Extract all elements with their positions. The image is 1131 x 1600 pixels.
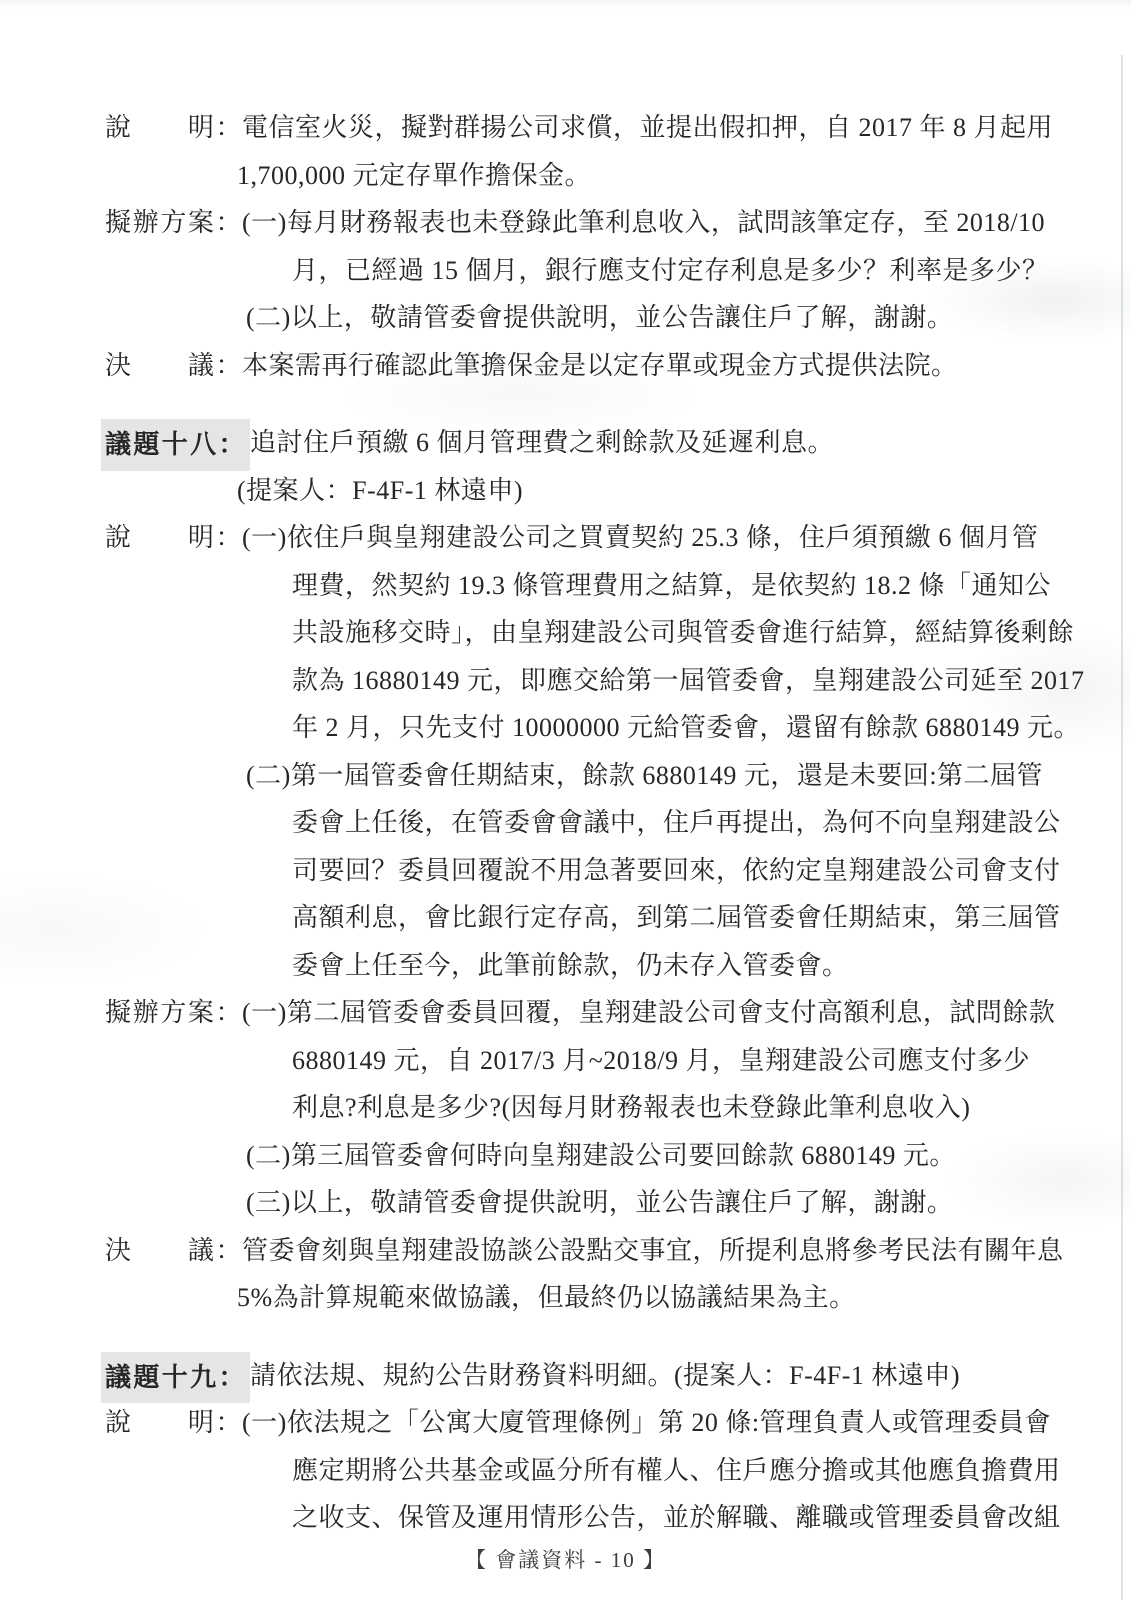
- topic-number-highlight: 議題十九：: [101, 1352, 250, 1404]
- doc-line: 委會上任至今，此筆前餘款，仍未存入管委會。: [0, 942, 1131, 990]
- document-page: 說 明：電信室火災，擬對群揚公司求償，並提出假扣押，自 2017 年 8 月起用…: [0, 0, 1131, 1600]
- doc-line: (二)以上，敬請管委會提供說明，並公告讓住戶了解，謝謝。: [0, 294, 1131, 342]
- field-label: 決 議：: [105, 1227, 242, 1275]
- line-text: 6880149 元，自 2017/3 月~2018/9 月，皇翔建設公司應支付多…: [292, 1046, 1030, 1075]
- doc-line: (二)第一屆管委會任期結束，餘款 6880149 元，還是未要回:第二屆管: [0, 752, 1131, 800]
- line-text: (一)每月財務報表也未登錄此筆利息收入，試問該筆定存，至 2018/10: [242, 208, 1045, 237]
- doc-line: 款為 16880149 元，即應交給第一屆管委會，皇翔建設公司延至 2017: [0, 657, 1131, 705]
- line-text: 利息?利息是多少?(因每月財務報表也未登錄此筆利息收入): [292, 1093, 970, 1122]
- line-text: (二)以上，敬請管委會提供說明，並公告讓住戶了解，謝謝。: [246, 303, 953, 332]
- document-content: 說 明：電信室火災，擬對群揚公司求償，並提出假扣押，自 2017 年 8 月起用…: [0, 0, 1131, 1575]
- field-label: 說 明：: [105, 514, 242, 562]
- topic-number-highlight: 議題十八：: [101, 419, 250, 471]
- line-text: 年 2 月，只先支付 10000000 元給管委會，還留有餘款 6880149 …: [292, 713, 1080, 742]
- line-text: (二)第一屆管委會任期結束，餘款 6880149 元，還是未要回:第二屆管: [246, 761, 1043, 790]
- line-text: (三)以上，敬請管委會提供說明，並公告讓住戶了解，謝謝。: [246, 1188, 953, 1217]
- field-label: 擬辦方案：: [105, 989, 242, 1037]
- doc-line: (三)以上，敬請管委會提供說明，並公告讓住戶了解，謝謝。: [0, 1179, 1131, 1227]
- doc-line: 5%為計算規範來做協議，但最終仍以協議結果為主。: [0, 1274, 1131, 1322]
- line-text: 管委會刻與皇翔建設協談公設點交事宜，所提利息將參考民法有關年息: [242, 1236, 1064, 1265]
- topic-18-heading: 議題十八：追討住戶預繳 6 個月管理費之剩餘款及延遲利息。: [0, 419, 1131, 467]
- line-text: (一)依住戶與皇翔建設公司之買賣契約 25.3 條，住戶須預繳 6 個月管: [242, 523, 1038, 552]
- line-text: (一)第二屆管委會委員回覆，皇翔建設公司會支付高額利息，試問餘款: [242, 998, 1055, 1027]
- line-text: 高額利息，會比銀行定存高，到第二屆管委會任期結束，第三屆管: [292, 903, 1061, 932]
- doc-line: 月，已經過 15 個月，銀行應支付定存利息是多少？利率是多少？: [0, 247, 1131, 295]
- doc-line: 6880149 元，自 2017/3 月~2018/9 月，皇翔建設公司應支付多…: [0, 1037, 1131, 1085]
- doc-line: 1,700,000 元定存單作擔保金。: [0, 152, 1131, 200]
- line-text: 月，已經過 15 個月，銀行應支付定存利息是多少？利率是多少？: [292, 256, 1049, 285]
- doc-line: 決 議：管委會刻與皇翔建設協談公設點交事宜，所提利息將參考民法有關年息: [0, 1227, 1131, 1275]
- doc-line: 決 議：本案需再行確認此筆擔保金是以定存單或現金方式提供法院。: [0, 342, 1131, 390]
- doc-line: 利息?利息是多少?(因每月財務報表也未登錄此筆利息收入): [0, 1084, 1131, 1132]
- field-label: 說 明：: [105, 104, 242, 152]
- doc-line: 說 明：(一)依法規之「公寓大廈管理條例」第 20 條:管理負責人或管理委員會: [0, 1399, 1131, 1447]
- line-text: 5%為計算規範來做協議，但最終仍以協議結果為主。: [237, 1283, 856, 1312]
- line-text: 委會上任至今，此筆前餘款，仍未存入管委會。: [292, 951, 849, 980]
- line-text: (提案人：F-4F-1 林遠申): [237, 476, 523, 505]
- line-text: 追討住戶預繳 6 個月管理費之剩餘款及延遲利息。: [250, 428, 834, 457]
- doc-line: (提案人：F-4F-1 林遠申): [0, 467, 1131, 515]
- section-gap: [0, 1322, 1131, 1352]
- field-label: 擬辦方案：: [105, 199, 242, 247]
- section-gap: [0, 389, 1131, 419]
- doc-line: (二)第三屆管委會何時向皇翔建設公司要回餘款 6880149 元。: [0, 1132, 1131, 1180]
- line-text: (一)依法規之「公寓大廈管理條例」第 20 條:管理負責人或管理委員會: [242, 1408, 1051, 1437]
- line-text: 委會上任後，在管委會會議中，住戶再提出，為何不向皇翔建設公: [292, 808, 1061, 837]
- field-label: 決 議：: [105, 342, 242, 390]
- line-text: 司要回？委員回覆說不用急著要回來，依約定皇翔建設公司會支付: [292, 856, 1061, 885]
- doc-line: 說 明：(一)依住戶與皇翔建設公司之買賣契約 25.3 條，住戶須預繳 6 個月…: [0, 514, 1131, 562]
- line-text: 理費，然契約 19.3 條管理費用之結算，是依契約 18.2 條「通知公: [292, 571, 1051, 600]
- doc-line: 應定期將公共基金或區分所有權人、住戶應分擔或其他應負擔費用: [0, 1447, 1131, 1495]
- line-text: 1,700,000 元定存單作擔保金。: [237, 161, 591, 190]
- line-text: 本案需再行確認此筆擔保金是以定存單或現金方式提供法院。: [242, 351, 958, 380]
- line-text: 款為 16880149 元，即應交給第一屆管委會，皇翔建設公司延至 2017: [292, 666, 1085, 695]
- doc-line: 司要回？委員回覆說不用急著要回來，依約定皇翔建設公司會支付: [0, 847, 1131, 895]
- topic-19-heading: 議題十九：請依法規、規約公告財務資料明細。(提案人：F-4F-1 林遠申): [0, 1352, 1131, 1400]
- line-text: 電信室火災，擬對群揚公司求償，並提出假扣押，自 2017 年 8 月起用: [242, 113, 1053, 142]
- line-text: 應定期將公共基金或區分所有權人、住戶應分擔或其他應負擔費用: [292, 1456, 1061, 1485]
- doc-line: 高額利息，會比銀行定存高，到第二屆管委會任期結束，第三屆管: [0, 894, 1131, 942]
- field-label: 說 明：: [105, 1399, 242, 1447]
- line-text: 共設施移交時」，由皇翔建設公司與管委會進行結算，經結算後剩餘: [292, 618, 1074, 647]
- doc-line: 說 明：電信室火災，擬對群揚公司求償，並提出假扣押，自 2017 年 8 月起用: [0, 104, 1131, 152]
- doc-line: 年 2 月，只先支付 10000000 元給管委會，還留有餘款 6880149 …: [0, 704, 1131, 752]
- line-text: 請依法規、規約公告財務資料明細。(提案人：F-4F-1 林遠申): [250, 1361, 960, 1390]
- doc-line: 理費，然契約 19.3 條管理費用之結算，是依契約 18.2 條「通知公: [0, 562, 1131, 610]
- line-text: 之收支、保管及運用情形公告，並於解職、離職或管理委員會改組: [292, 1503, 1061, 1532]
- doc-line: 共設施移交時」，由皇翔建設公司與管委會進行結算，經結算後剩餘: [0, 609, 1131, 657]
- line-text: (二)第三屆管委會何時向皇翔建設公司要回餘款 6880149 元。: [246, 1141, 956, 1170]
- doc-line: 擬辦方案：(一)第二屆管委會委員回覆，皇翔建設公司會支付高額利息，試問餘款: [0, 989, 1131, 1037]
- doc-line: 擬辦方案：(一)每月財務報表也未登錄此筆利息收入，試問該筆定存，至 2018/1…: [0, 199, 1131, 247]
- doc-line: 之收支、保管及運用情形公告，並於解職、離職或管理委員會改組: [0, 1494, 1131, 1542]
- page-footer: 【 會議資料 - 10 】: [0, 1545, 1131, 1575]
- doc-line: 委會上任後，在管委會會議中，住戶再提出，為何不向皇翔建設公: [0, 799, 1131, 847]
